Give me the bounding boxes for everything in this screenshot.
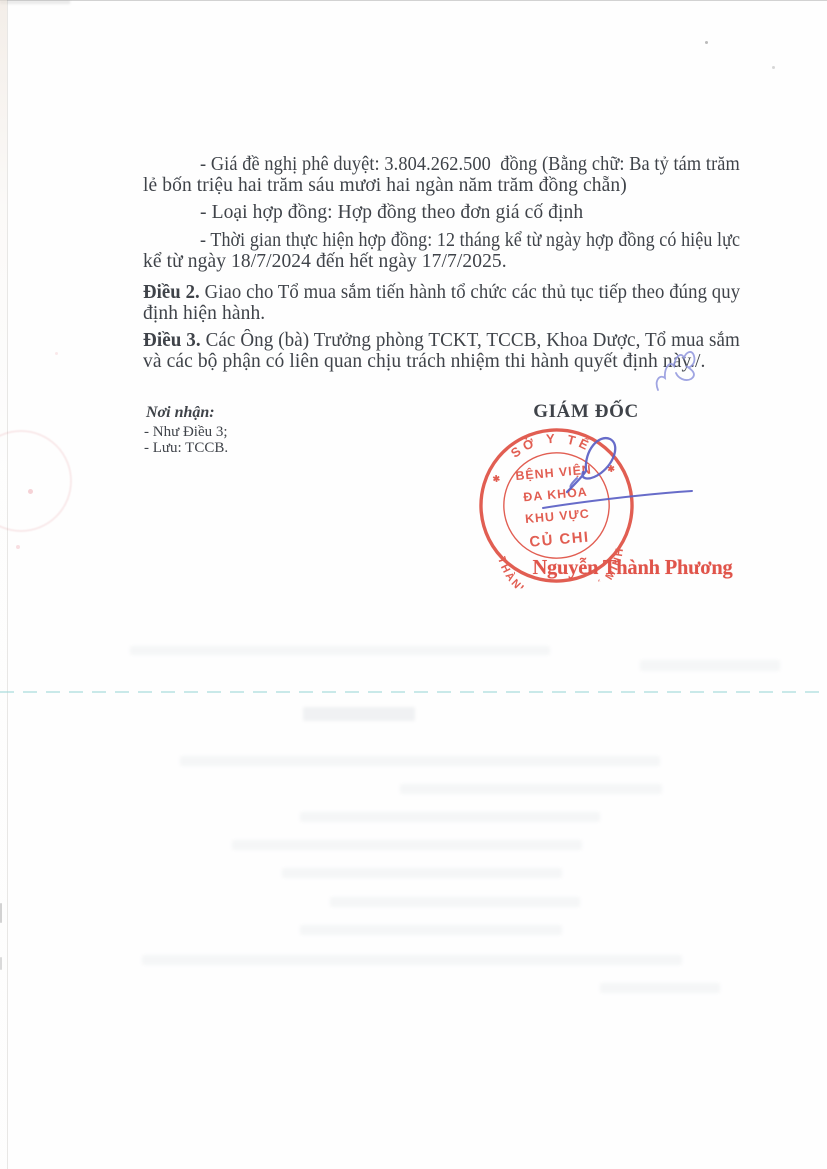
- signer-title: GIÁM ĐỐC: [496, 401, 676, 423]
- director-signature: [525, 428, 705, 518]
- scan-speck: [705, 41, 708, 44]
- bleedthrough-text-row: [130, 646, 550, 655]
- bleedthrough-text-row: [232, 840, 582, 850]
- body-line-price: - Giá đề nghị phê duyệt: 3.804.262.500 đ…: [200, 155, 740, 175]
- bleedthrough-text-row: [400, 784, 662, 794]
- bleedthrough-title-row: [303, 707, 415, 721]
- scan-top-edge-smudge: [0, 0, 70, 4]
- scanned-document-page: - Giá đề nghị phê duyệt: 3.804.262.500 đ…: [0, 0, 827, 1169]
- bleedthrough-text-row: [142, 955, 682, 965]
- bleedthrough-speck: [16, 545, 20, 549]
- scan-left-edge-line: [7, 0, 8, 1169]
- recipients-label: Nơi nhận:: [146, 404, 215, 422]
- bleedthrough-text-row: [640, 660, 780, 671]
- scan-speck: [772, 66, 775, 69]
- bleedthrough-text-row: [282, 868, 562, 878]
- article2-text: Giao cho Tổ mua sắm tiến hành tổ chức cá…: [200, 282, 740, 303]
- body-line-contract-type: - Loại hợp đồng: Hợp đồng theo đơn giá c…: [200, 203, 583, 223]
- body-line-duration: - Thời gian thực hiện hợp đồng: 12 tháng…: [200, 231, 740, 251]
- body-line-price-cont: lẻ bốn triệu hai trăm sáu mươi hai ngàn …: [143, 176, 627, 196]
- scan-speck: [0, 957, 2, 970]
- article3-label: Điều 3.: [143, 330, 201, 351]
- bleedthrough-text-row: [300, 925, 562, 935]
- body-line-duration-cont: kể từ ngày 18/7/2024 đến hết ngày 17/7/2…: [143, 252, 507, 272]
- bleedthrough-text-row: [180, 756, 660, 766]
- faint-dashed-divider: [0, 691, 827, 693]
- recipient-item: - Lưu: TCCB.: [144, 440, 228, 457]
- bleedthrough-speck: [28, 489, 33, 494]
- seal-star-left-icon: ✱: [492, 473, 501, 484]
- bleedthrough-text-row: [600, 983, 720, 993]
- scan-left-edge-strip: [0, 0, 7, 1169]
- body-line-article2-cont: định hiện hành.: [143, 304, 265, 324]
- bleedthrough-stamp-ghost: [0, 430, 72, 532]
- seal-center-line-4: CỦ CHI: [529, 528, 591, 551]
- article2-label: Điều 2.: [143, 282, 200, 303]
- scan-top-edge-line: [0, 0, 827, 1]
- body-line-article3: Điều 3. Các Ông (bà) Trưởng phòng TCKT, …: [143, 331, 740, 351]
- recipient-item: - Như Điều 3;: [144, 424, 228, 441]
- body-line-article2: Điều 2. Giao cho Tổ mua sắm tiến hành tổ…: [143, 283, 740, 303]
- ink-scribble-initials: [652, 348, 708, 394]
- bleedthrough-speck: [55, 352, 58, 355]
- bleedthrough-text-row: [300, 812, 600, 822]
- body-line-article3-cont: và các bộ phận có liên quan chịu trách n…: [143, 352, 706, 372]
- signer-name-stamp: Nguyễn Thành Phương: [532, 555, 701, 580]
- bleedthrough-text-row: [330, 897, 580, 907]
- scan-speck: [0, 903, 2, 923]
